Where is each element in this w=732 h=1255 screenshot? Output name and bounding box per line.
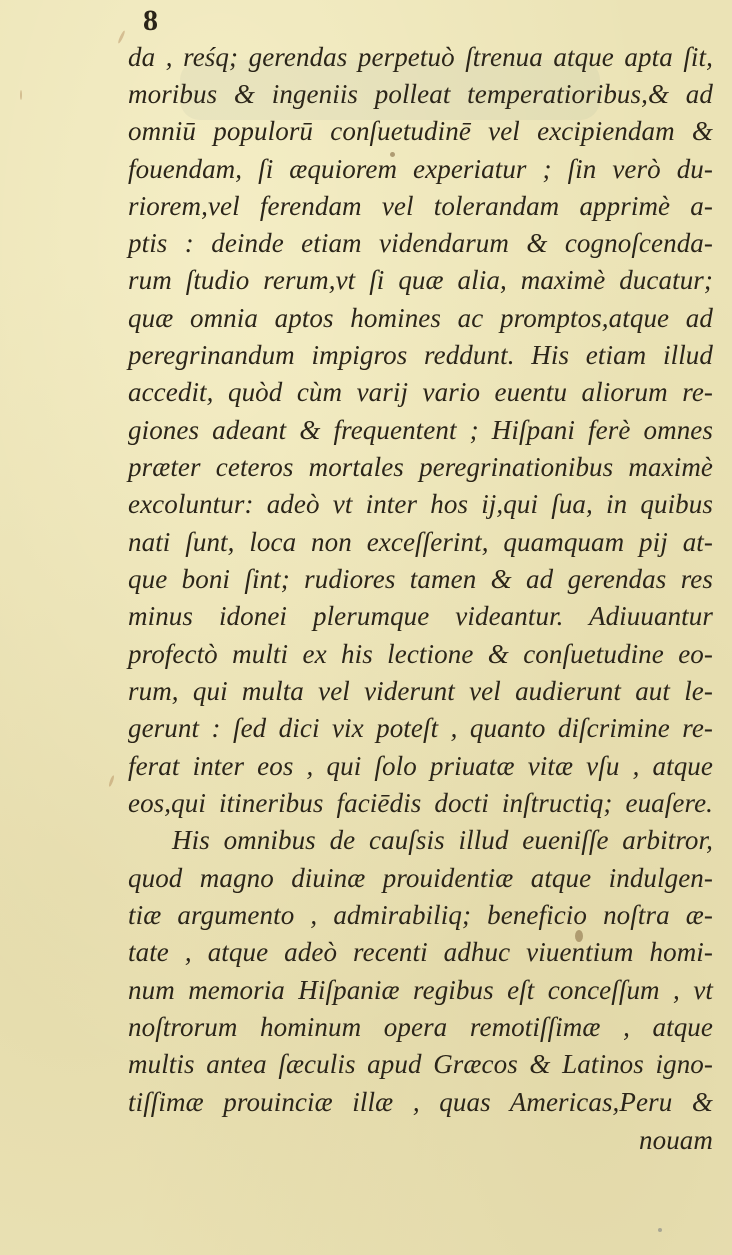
paper-fleck	[658, 1228, 662, 1232]
text-line: giones adeant & frequentent ; Hiſpani fe…	[128, 415, 713, 446]
text-line: riorem,vel ferendam vel tolerandam appri…	[128, 191, 713, 222]
text-line: gerunt : ſed dici vix poteſt , quanto di…	[128, 713, 713, 744]
text-line: rum, qui multa vel viderunt vel audierun…	[128, 676, 713, 707]
text-line: num memoria Hiſpaniæ regibus eſt conceſſ…	[128, 975, 713, 1006]
paragraph-start-line: His omnibus de cauſsis illud eueniſſe ar…	[172, 825, 713, 856]
catchword: nouam	[128, 1125, 713, 1156]
text-line: peregrinandum impigros reddunt. His etia…	[128, 340, 713, 371]
text-line: da , reśq; gerendas perpetuò ſtrenua at…	[128, 42, 713, 73]
text-line: rum ſtudio rerum,vt ſi quæ alia, maximè …	[128, 265, 713, 296]
text-line: noſtrorum hominum opera remotiſſimæ , at…	[128, 1012, 713, 1043]
paper-fleck	[20, 90, 22, 100]
text-line: profectò multi ex his lectione & conſuet…	[128, 639, 713, 670]
text-line: quæ omnia aptos homines ac promptos,atqu…	[128, 303, 713, 334]
text-line: nati ſunt, loca non exceſſerint, quamqua…	[128, 527, 713, 558]
text-line: ptis : deinde etiam videndarum & cognoſc…	[128, 228, 713, 259]
text-line: moribus & ingeniis polleat temperatiorib…	[128, 79, 713, 110]
text-line: tiæ argumento , admirabiliq; beneficio n…	[128, 900, 713, 931]
book-page: 8 da , reśq; gerendas perpetuò ſtrenua …	[0, 0, 732, 1255]
text-line: eos,qui itineribus faciēdis docti inſtru…	[128, 788, 713, 819]
text-line: fouendam, ſi æquiorem experiatur ; ſin v…	[128, 154, 713, 185]
text-line: multis antea ſæculis apud Græcos & Latin…	[128, 1049, 713, 1080]
text-line: quod magno diuinæ prouidentiæ atque indu…	[128, 863, 713, 894]
text-line: que boni ſint; rudiores tamen & ad geren…	[128, 564, 713, 595]
text-line: excoluntur: adeò vt inter hos ij,qui ſua…	[128, 489, 713, 520]
text-line: tiſſimæ prouinciæ illæ , quas Americas,P…	[128, 1087, 713, 1118]
text-line: omniū populorū conſuetudinē vel excipien…	[128, 116, 713, 147]
text-line: præter ceteros mortales peregrinationibu…	[128, 452, 713, 483]
text-line: tate , atque adeò recenti adhuc viuentiu…	[128, 937, 713, 968]
text-line: accedit, quòd cùm varij vario euentu ali…	[128, 377, 713, 408]
text-line: minus idonei plerumque videantur. Adiuua…	[128, 601, 713, 632]
page-number: 8	[143, 4, 158, 38]
text-line: ferat inter eos , qui ſolo priuatæ vitæ …	[128, 751, 713, 782]
paper-fleck	[108, 775, 115, 787]
paper-fleck	[117, 30, 126, 44]
